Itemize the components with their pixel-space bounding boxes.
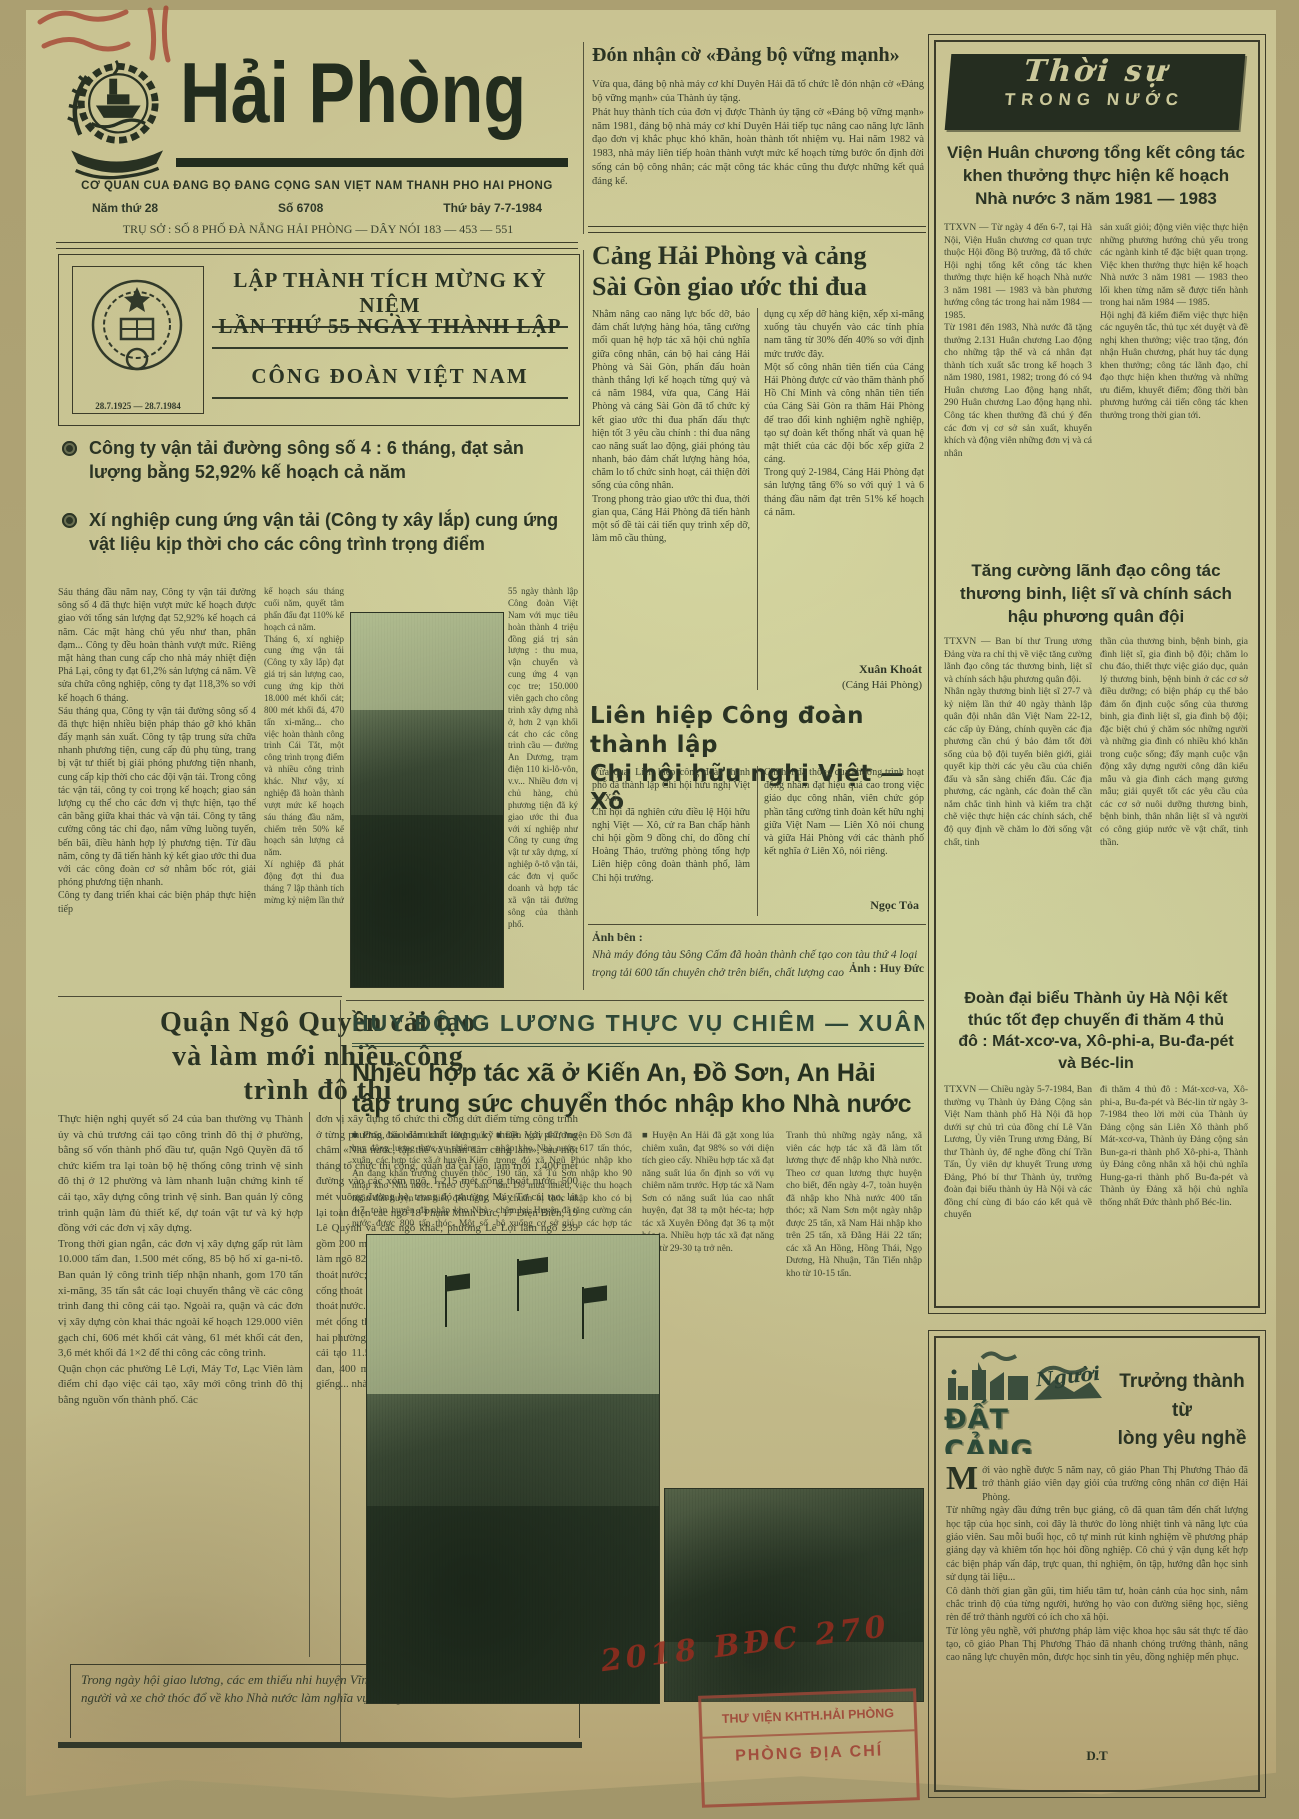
column-rule	[757, 308, 758, 690]
ngo-quyen-col1: Thực hiện nghị quyết số 24 của ban thườn…	[58, 1112, 303, 1660]
newspaper-page: Hải Phòng CƠ QUAN CỦA ĐẢNG BỘ ĐẢNG CỘNG …	[0, 0, 1299, 1819]
masthead-issue: Số 6708	[278, 201, 323, 215]
tin-article2-col1: TTXVN — Ban bí thư Trung ương Đảng vừa r…	[944, 636, 1092, 980]
don-nhan-body: Vừa qua, đảng bộ nhà máy cơ khí Duyên Hả…	[592, 78, 924, 224]
bullet-icon	[62, 513, 77, 528]
dat-cang-logo-main: ĐẤT CẢNG	[944, 1404, 1106, 1454]
cang-col1: Nhằm nâng cao năng lực bốc dỡ, bảo đảm c…	[592, 308, 750, 690]
side-photo-caption-credit: Ảnh : Huy Đức	[849, 963, 924, 975]
viet-xo-signature: Ngọc Tỏa	[764, 898, 919, 913]
section-rule	[346, 1000, 924, 1001]
union-stamp-emblem-icon	[73, 267, 201, 389]
masthead-address-line: TRỤ SỞ : SỐ 8 PHỐ ĐÀ NẴNG HẢI PHÒNG — DÂ…	[58, 222, 578, 237]
cang-signature: Xuân Khoát (Cảng Hải Phòng)	[764, 662, 922, 692]
tin-article1-col1: TTXVN — Từ ngày 4 đến 6-7, tại Hà Nội, V…	[944, 222, 1092, 552]
dat-cang-headline: Trưởng thành từ lòng yêu nghề	[1112, 1368, 1252, 1454]
lead-article-col3: 55 ngày thành lập Công đoàn Việt Nam với…	[508, 586, 578, 990]
tin-article1-col2: sản xuất giỏi; động viên việc thực hiện …	[1100, 222, 1248, 552]
side-photo-caption-label: Ảnh bên :	[592, 930, 924, 945]
union-stamp-dates: 28.7.1925 — 28.7.1984	[73, 401, 203, 411]
don-nhan-headline: Đón nhận cờ «Đảng bộ vững mạnh»	[592, 44, 926, 67]
lead-article-col1: Sáu tháng đầu năm nay, Công ty vận tải đ…	[58, 586, 256, 990]
grain-delivery-crowd-photo	[366, 1234, 660, 1704]
lead-bullet-1: Công ty vận tải đường sông số 4 : 6 thán…	[62, 436, 578, 485]
photo-sky-area	[351, 613, 503, 710]
section-rule	[58, 996, 342, 997]
viet-xo-col1: Vừa qua, Liên hiệp công đoàn thành phố đ…	[592, 766, 750, 924]
huy-dong-headline: Nhiều hợp tác xã ở Kiến An, Đồ Sơn, An H…	[352, 1058, 924, 1121]
cang-col2: dụng cụ xếp dỡ hàng kiện, xếp xi-măng xu…	[764, 308, 924, 660]
hai-phong-emblem-icon	[60, 56, 172, 182]
harbor-photo	[350, 612, 504, 988]
tin-article3-headline: Đoàn đại biểu Thành ủy Hà Nội kết thúc t…	[944, 988, 1248, 1074]
tin-article1-headline: Viện Huân chương tổng kết công tác khen …	[944, 142, 1248, 211]
masthead-underline	[176, 158, 568, 167]
lead-article-col2: kế hoạch sáu tháng cuối năm, quyết tâm p…	[264, 586, 344, 990]
dat-cang-body: Mới vào nghề được 5 năm nay, cô giáo Pha…	[946, 1464, 1248, 1744]
tin-trong-nuoc-logo-line2: TRONG NƯỚC	[946, 90, 1242, 110]
lead-bullet-2: Xí nghiệp cung ứng vận tải (Công ty xây …	[62, 508, 578, 557]
section-rule-vertical	[340, 1000, 341, 1742]
masthead-date: Thứ bảy 7-7-1984	[443, 201, 542, 215]
tin-article2-headline: Tăng cường lãnh đạo công tác thương binh…	[944, 560, 1248, 629]
bullet-icon	[62, 441, 77, 456]
cang-signature-name: Xuân Khoát	[859, 662, 922, 676]
dat-cang-signature: D.T	[946, 1748, 1248, 1764]
masthead-organ-line: CƠ QUAN CỦA ĐẢNG BỘ ĐẢNG CỘNG SẢN VIỆT N…	[56, 180, 578, 192]
masthead-rule	[56, 242, 578, 249]
viet-xo-col2: Chi hội đã thông qua chương trình hoạt đ…	[764, 766, 924, 896]
union-anniversary-stamp: 28.7.1925 — 28.7.1984	[72, 266, 204, 414]
tin-trong-nuoc-logo-line1: Thời sự	[948, 54, 1245, 90]
anniversary-line-3: CÔNG ĐOÀN VIỆT NAM	[212, 364, 568, 399]
huy-dong-banner: HUY ĐỘNG LƯƠNG THỰC VỤ CHIÊM — XUÂN	[352, 1010, 924, 1047]
lead-bullet-2-text: Xí nghiệp cung ứng vận tải (Công ty xây …	[89, 508, 578, 557]
masthead-meta-line: Năm thứ 28 Số 6708 Thứ bảy 7-7-1984	[92, 201, 542, 215]
tin-article3-col2: đi thăm 4 thủ đô : Mát-xcơ-va, Xô-phi-a,…	[1100, 1084, 1248, 1296]
caption-rule	[588, 924, 926, 925]
huy-dong-col3: ■ Huyện An Hải đã gặt xong lúa chiêm xuâ…	[642, 1130, 774, 1460]
tin-trong-nuoc-logo: Thời sự TRONG NƯỚC	[945, 54, 1246, 130]
photo-sky-area	[367, 1235, 659, 1394]
column-rule	[583, 250, 584, 990]
library-stamp: THƯ VIỆN KHTH.HẢI PHÒNG PHÒNG ĐỊA CHÍ	[698, 1688, 920, 1808]
bottom-thick-rule	[58, 1742, 582, 1748]
library-stamp-line2: PHÒNG ĐỊA CHÍ	[703, 1731, 916, 1766]
cang-headline: Cảng Hải Phòng và cảng Sài Gòn giao ước …	[592, 240, 926, 302]
column-rule	[757, 766, 758, 916]
huy-dong-col2: ■ Đến ngày 4-7, huyện Đồ Sơn đã nhập kho…	[496, 1130, 632, 1230]
column-rule	[309, 1112, 310, 1657]
tin-article3-col1: TTXVN — Chiều ngày 5-7-1984, Ban thường …	[944, 1084, 1092, 1296]
section-rule	[588, 226, 926, 233]
masthead-year: Năm thứ 28	[92, 201, 158, 215]
huy-dong-col4: Tranh thủ những ngày nắng, xã viên các h…	[786, 1130, 922, 1480]
photo-dark-area	[351, 815, 503, 987]
column-rule	[583, 42, 584, 234]
lead-bullet-1-text: Công ty vận tải đường sông số 4 : 6 thán…	[89, 436, 578, 485]
dat-cang-logo: Người ĐẤT CẢNG	[944, 1348, 1106, 1454]
crowd-photo-right-part	[664, 1488, 924, 1702]
anniversary-line-2: LẦN THỨ 55 NGÀY THÀNH LẬP	[212, 314, 568, 349]
huy-dong-col1: ■ Phấn đấu hoàn thành tổng mức huy động …	[352, 1130, 488, 1230]
tin-article2-col2: thần của thương binh, bệnh binh, gia đìn…	[1100, 636, 1248, 980]
cang-signature-org: (Cảng Hải Phòng)	[842, 679, 922, 691]
side-photo-caption: Ảnh bên : Nhà máy đóng tàu Sông Cấm đã h…	[592, 930, 924, 992]
